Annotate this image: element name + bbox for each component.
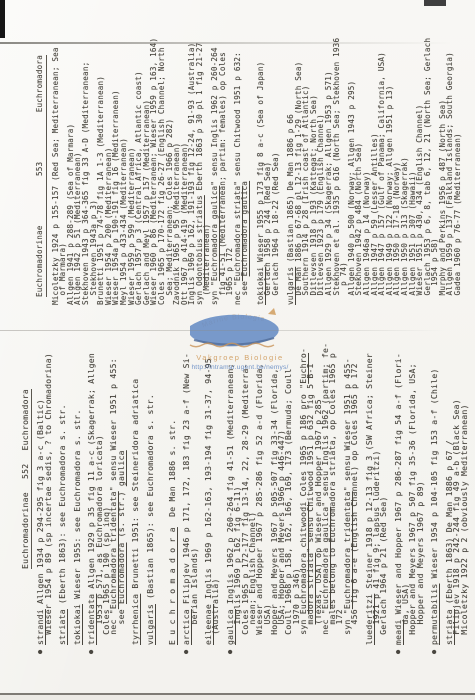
- entry-bullet: ●: [227, 650, 234, 654]
- text-line: Gadea 1960 p 76-77 (Mediterranean): [454, 30, 462, 305]
- page-number: 552: [22, 464, 29, 479]
- header-family-name: Euchromadorinae: [22, 492, 29, 569]
- text-line: see Euchromadora gaulica: [241, 30, 249, 305]
- entry-bullet: ●: [88, 650, 95, 654]
- header-family-name: Euchromadorinae: [36, 225, 44, 297]
- text-line: Gerlach 1964 p 21 (Red Sea): [380, 347, 387, 645]
- entry-bullet: ●: [395, 650, 402, 654]
- header-genus-name: Euchromadora: [36, 55, 44, 112]
- scan-page-553-right: Euchromadorinae 553 Euchromadora Micolet…: [30, 0, 475, 315]
- text-line: Hopper and Meyers 1967 p 89): [417, 347, 424, 645]
- text-line: tokiokai Wieser 1955: see Euchromadora s…: [74, 347, 81, 645]
- scanned-document-viewer: { "scan": { "watermark": { "arc_text": "…: [0, 0, 475, 700]
- text-line: Gerlach 1964 p 18-22 (Red Sea): [272, 30, 280, 305]
- text-line: ●permutabilis Wieser 1954 p 104-105 fig …: [431, 347, 438, 645]
- scan-frame-line-top: [0, 42, 475, 44]
- page-body: Micoletzky 1924 p 155-157 (Red Sea; Medi…: [52, 30, 462, 305]
- page-number: 553: [36, 162, 44, 176]
- entry-bullet: ●: [183, 650, 190, 654]
- text-line: vulgaris (Bastian 1865): see Euchromador…: [147, 347, 154, 645]
- text-line: [154, 347, 161, 645]
- page-header: Euchromadorinae 553 Euchromadora: [36, 55, 47, 297]
- watermark-url: http://intramar.ugent.be/nemys/: [191, 364, 288, 371]
- header-genus-name: Euchromadora: [22, 389, 29, 450]
- film-edge-mark-topright: [424, 0, 446, 6]
- scan-page-552-left: Euchromadorinae 552 Euchromadora ●strand…: [10, 337, 470, 700]
- entry-bullet: ●: [431, 650, 438, 654]
- text-line: Micoletzky 1922 p 2 (obviously Mediterra…: [461, 347, 468, 645]
- scan-frame-band-bottom: [0, 695, 475, 700]
- page-header: Euchromadorinae 552 Euchromadora: [22, 389, 32, 569]
- film-edge-mark-topleft: [0, 0, 5, 38]
- text-line: berian Islands): [191, 347, 198, 645]
- text-line: (Australia): [212, 347, 219, 645]
- text-line: Wieser and Hopper 1967 p 285-286 fig 52 …: [256, 347, 263, 645]
- text-line: Wieser 1954 p 89 (sp incertae sedis, ? t…: [45, 347, 52, 645]
- text-line: see Euchromadora (s. str.) gaulica: [118, 347, 125, 645]
- text-line: striata (Eberth 1863): see Euchromadora …: [59, 347, 66, 645]
- watermark-group-text: Vakgroep Biologie: [196, 353, 284, 362]
- text-line: tyrrhenica Brunetti 1951: see Steinerido…: [132, 347, 139, 645]
- text-line: males belong to Euchromadora striata, op…: [329, 347, 336, 645]
- text-line: E u c h r o m a d o r a De Man 1886 s. s…: [169, 347, 176, 645]
- text-line: 456 fig 6 a-e (English Channel) op Coles…: [351, 347, 358, 645]
- boat-icon: [190, 308, 279, 347]
- page-gap-line: [0, 330, 446, 331]
- page-body: ●strandi Allgen 1934 p 294-295 fig 3 a-c…: [37, 347, 468, 645]
- nemys-watermark: Marine Biologie Vakgroep Biologie http:/…: [160, 304, 320, 374]
- entry-bullet: ●: [37, 650, 44, 654]
